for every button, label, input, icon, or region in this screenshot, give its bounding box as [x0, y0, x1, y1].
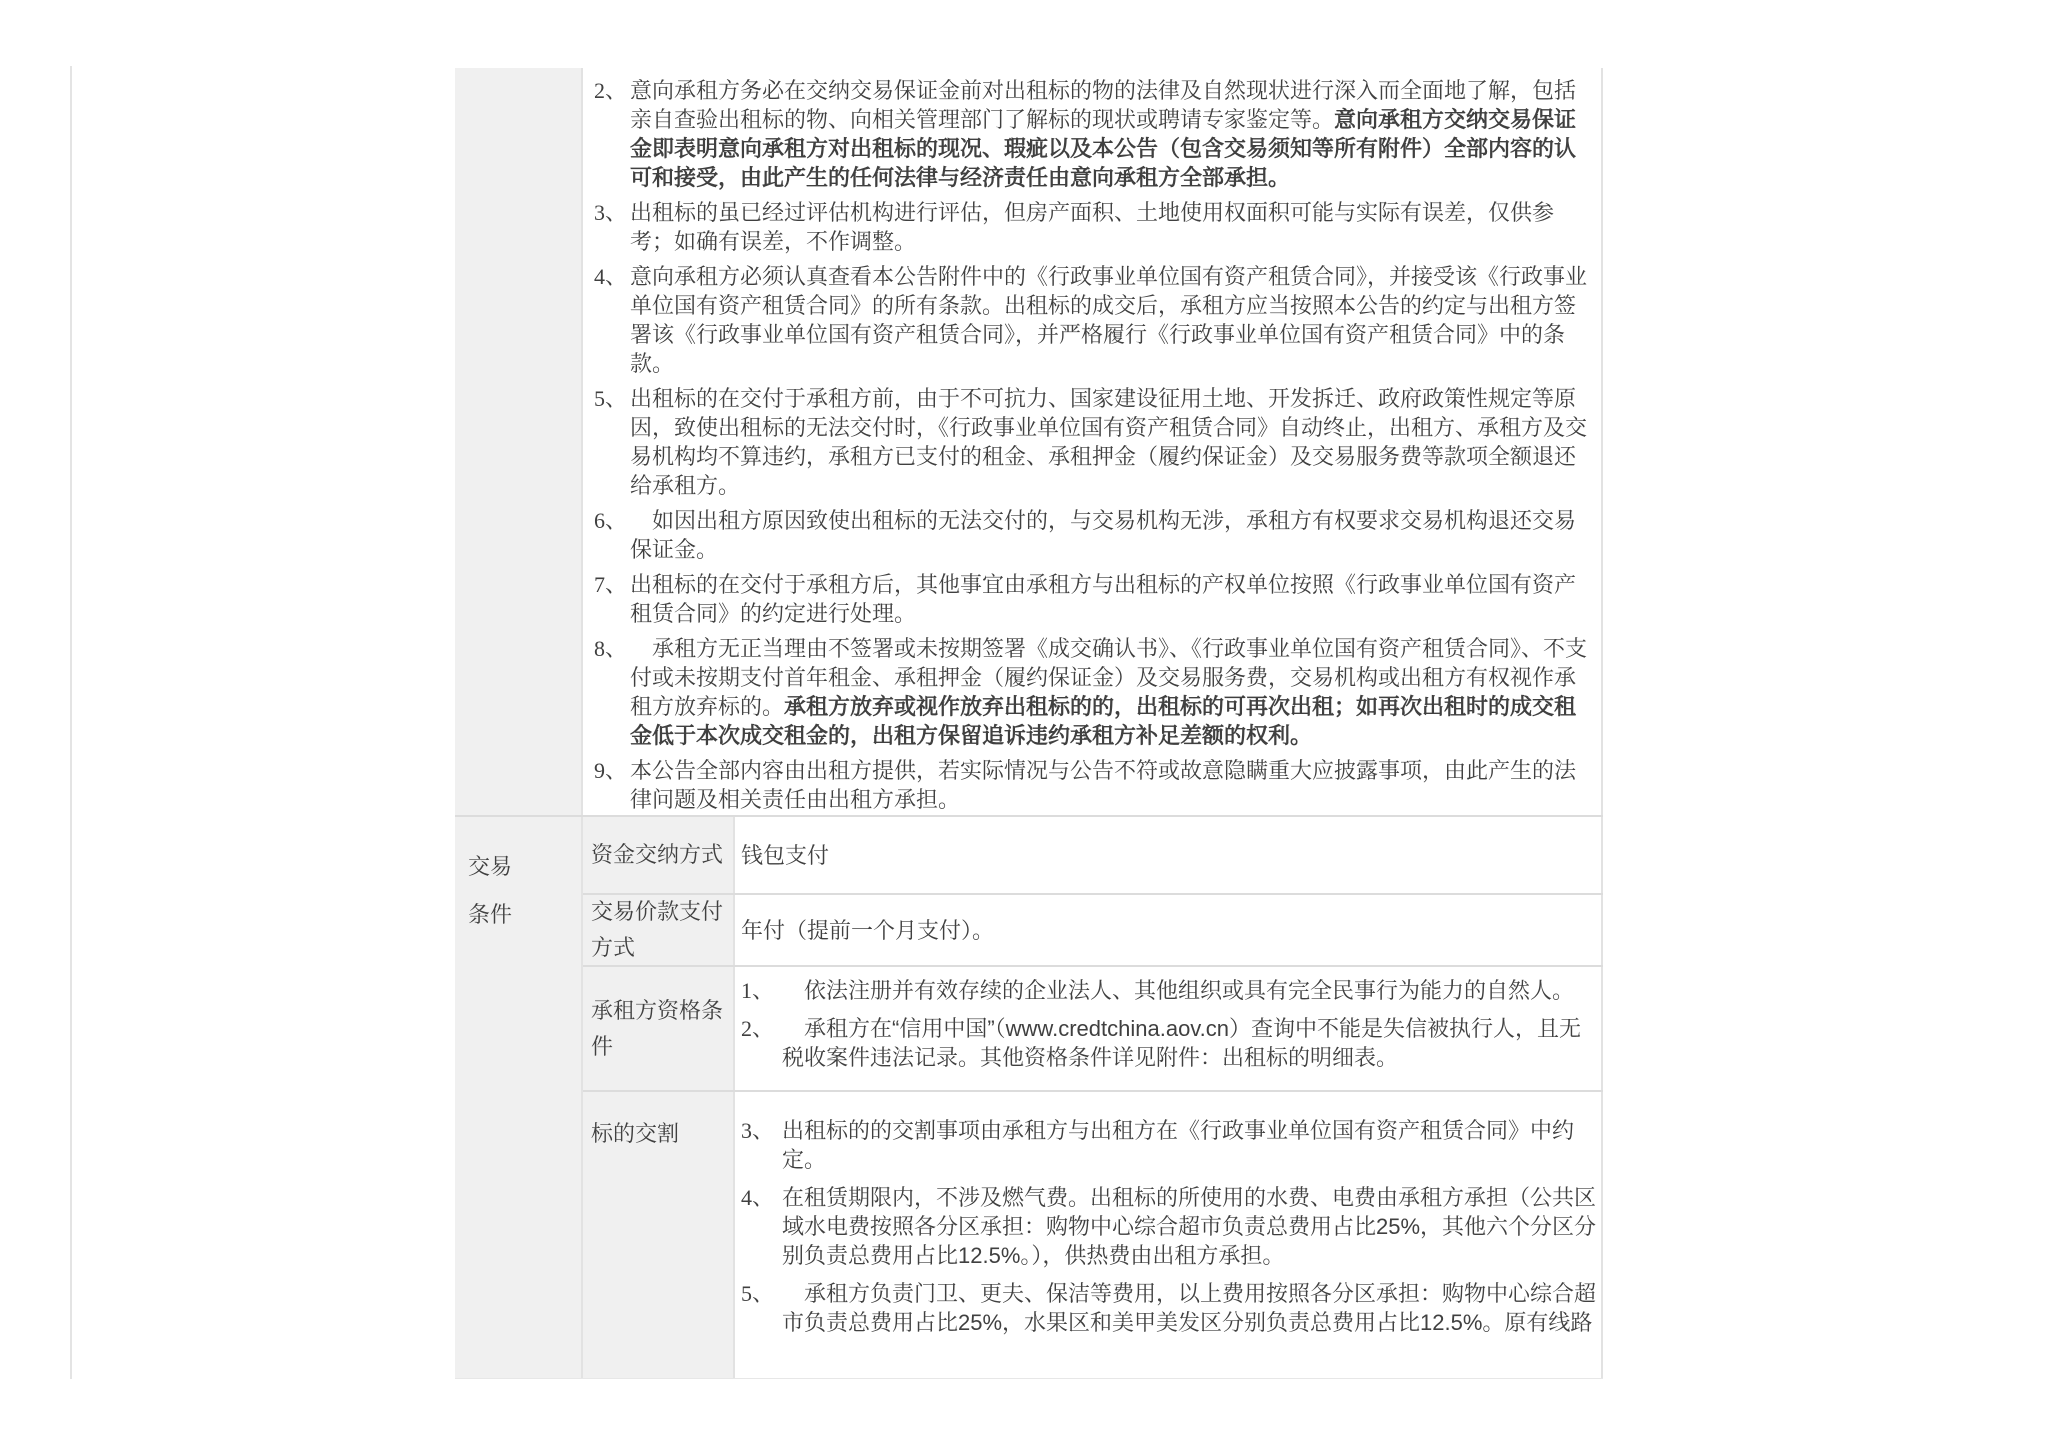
announcement-page: { "colors": { "cell_bg": "#f0f0f0", "bor…: [0, 0, 2048, 1447]
item-number: 7、: [594, 570, 627, 599]
numbered-item: 5、出租标的在交付于承租方前，由于不可抗力、国家建设征用土地、开发拆迁、政府政策…: [583, 384, 1597, 500]
row-label-price-payment: 交易价款支付方式: [583, 895, 735, 965]
table-row: 交易价款支付方式 年付（提前一个月支付）。: [583, 895, 1603, 967]
page-left-border: [70, 66, 72, 1379]
item-number: 5、: [594, 384, 627, 413]
table-row: 承租方资格条件 1、 依法注册并有效存续的企业法人、其他组织或具有完全民事行为能…: [583, 967, 1603, 1092]
item-number: 8、: [594, 634, 627, 663]
row-content: 3、出租标的的交割事项由承租方与出租方在《行政事业单位国有资产租赁合同》中约定。…: [735, 1092, 1603, 1379]
announcement-table: 2、意向承租方务必在交纳交易保证金前对出租标的物的法律及自然现状进行深入而全面地…: [455, 68, 1603, 1379]
row-label-text: 承租方资格条件: [591, 993, 725, 1065]
numbered-item: 3、出租标的虽已经过评估机构进行评估，但房产面积、土地使用权面积可能与实际有误差…: [583, 198, 1597, 256]
item-number: 5、: [741, 1279, 774, 1308]
text-run: 意向承租方必须认真查看本公告附件中的《行政事业单位国有资产租赁合同》，并接受该《…: [630, 264, 1587, 376]
text-run: 本公告全部内容由出租方提供，若实际情况与公告不符或故意隐瞒重大应披露事项，由此产…: [630, 758, 1576, 812]
numbered-item: 3、出租标的的交割事项由承租方与出租方在《行政事业单位国有资产租赁合同》中约定。: [735, 1116, 1597, 1174]
item-number: 2、: [594, 76, 627, 105]
row-label-text: 交易价款支付方式: [591, 894, 725, 966]
table-row: 资金交纳方式 钱包支付: [583, 817, 1603, 895]
item-number: 3、: [741, 1116, 774, 1145]
item-number: 9、: [594, 756, 627, 785]
row-content: 1、 依法注册并有效存续的企业法人、其他组织或具有完全民事行为能力的自然人。2、…: [735, 967, 1603, 1090]
category-cell-empty: [455, 68, 583, 815]
row-content-text: 年付（提前一个月支付）。: [735, 916, 1597, 945]
numbered-item: 5、 承租方负责门卫、更夫、保洁等费用，以上费用按照各分区承担：购物中心综合超市…: [735, 1279, 1597, 1337]
text-run: 出租标的在交付于承租方前，由于不可抗力、国家建设征用土地、开发拆迁、政府政策性规…: [630, 386, 1587, 498]
text-run: 在租赁期限内，不涉及燃气费。出租标的所使用的水费、电费由承租方承担（公共区域水电…: [782, 1185, 1596, 1268]
table-bottom-edge: [455, 1378, 1603, 1379]
numbered-item: 7、出租标的在交付于承租方后，其他事宜由承租方与出租标的产权单位按照《行政事业单…: [583, 570, 1597, 628]
text-run: 出租标的虽已经过评估机构进行评估，但房产面积、土地使用权面积可能与实际有误差，仅…: [630, 200, 1554, 254]
row-label-payment-method: 资金交纳方式: [583, 817, 735, 893]
table-row: 标的交割 3、出租标的的交割事项由承租方与出租方在《行政事业单位国有资产租赁合同…: [583, 1092, 1603, 1379]
text-run: 如因出租方原因致使出租标的无法交付的，与交易机构无涉，承租方有权要求交易机构退还…: [630, 508, 1576, 562]
row-label-text: 资金交纳方式: [591, 837, 723, 873]
notice-list: 2、意向承租方务必在交纳交易保证金前对出租标的物的法律及自然现状进行深入而全面地…: [583, 68, 1603, 815]
item-number: 4、: [594, 262, 627, 291]
numbered-item: 8、 承租方无正当理由不签署或未按期签署《成交确认书》、《行政事业单位国有资产租…: [583, 634, 1597, 750]
text-run: 依法注册并有效存续的企业法人、其他组织或具有完全民事行为能力的自然人。: [782, 978, 1574, 1003]
category-cell-trade-conditions: 交易 条件: [455, 817, 583, 1379]
row-label-text: 标的交割: [591, 1116, 679, 1152]
text-run: 出租标的的交割事项由承租方与出租方在《行政事业单位国有资产租赁合同》中约定。: [782, 1118, 1574, 1172]
row-content: 年付（提前一个月支付）。: [735, 895, 1603, 965]
numbered-item: 9、本公告全部内容由出租方提供，若实际情况与公告不符或故意隐瞒重大应披露事项，由…: [583, 756, 1597, 814]
text-run: 出租标的在交付于承租方后，其他事宜由承租方与出租标的产权单位按照《行政事业单位国…: [630, 572, 1576, 626]
text-run: 承租方负责门卫、更夫、保洁等费用，以上费用按照各分区承担：购物中心综合超市负责总…: [782, 1281, 1596, 1335]
numbered-item: 6、 如因出租方原因致使出租标的无法交付的，与交易机构无涉，承租方有权要求交易机…: [583, 506, 1597, 564]
item-number: 2、: [741, 1014, 774, 1043]
text-run: 承租方在“信用中国”（www.credtchina.aov.cn）查询中不能是失…: [782, 1016, 1581, 1070]
item-number: 4、: [741, 1183, 774, 1212]
numbered-item: 2、 承租方在“信用中国”（www.credtchina.aov.cn）查询中不…: [735, 1014, 1597, 1072]
numbered-item: 1、 依法注册并有效存续的企业法人、其他组织或具有完全民事行为能力的自然人。: [735, 976, 1597, 1005]
row-content: 钱包支付: [735, 817, 1603, 893]
numbered-item: 4、意向承租方必须认真查看本公告附件中的《行政事业单位国有资产租赁合同》，并接受…: [583, 262, 1597, 378]
row-label-lessee-qualification: 承租方资格条件: [583, 967, 735, 1090]
item-number: 1、: [741, 976, 774, 1005]
numbered-item: 2、意向承租方务必在交纳交易保证金前对出租标的物的法律及自然现状进行深入而全面地…: [583, 76, 1597, 192]
row-label-subject-delivery: 标的交割: [583, 1092, 735, 1379]
numbered-item: 4、在租赁期限内，不涉及燃气费。出租标的所使用的水费、电费由承租方承担（公共区域…: [735, 1183, 1597, 1270]
item-number: 3、: [594, 198, 627, 227]
row-content-text: 钱包支付: [735, 841, 1597, 870]
item-number: 6、: [594, 506, 627, 535]
